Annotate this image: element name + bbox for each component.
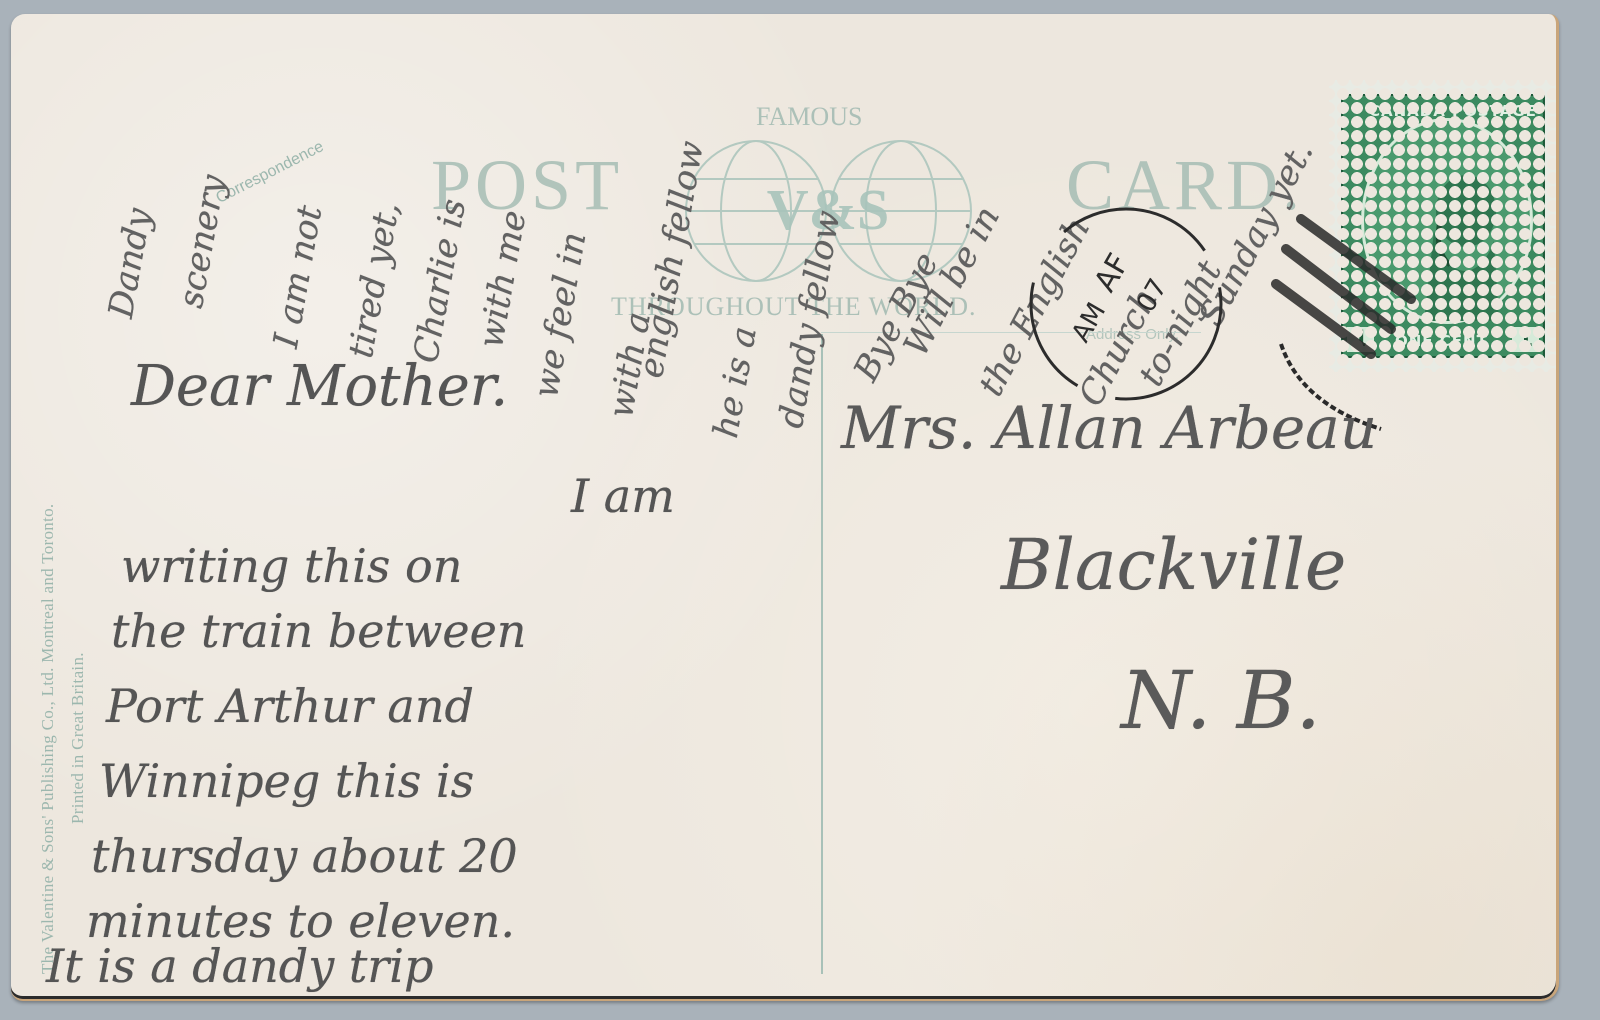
message-line: writing this on bbox=[121, 539, 462, 593]
postmark-year: 07 bbox=[1131, 274, 1174, 318]
recipient-province: N. B. bbox=[1121, 654, 1321, 747]
center-divider-line bbox=[821, 334, 823, 974]
side-note-line: Dandy bbox=[101, 205, 160, 321]
message-line: Port Arthur and bbox=[106, 679, 474, 733]
side-note-line: we feel in bbox=[526, 229, 594, 401]
message-line: thursday about 20 bbox=[91, 829, 518, 883]
postmark-letters: AF bbox=[1088, 248, 1137, 298]
recipient-town: Blackville bbox=[1001, 524, 1346, 606]
side-note-line: with me bbox=[471, 207, 534, 351]
postmark-icon: AF AM 07 bbox=[1011, 184, 1241, 414]
publisher-imprint: The Valentine & Sons' Publishing Co., Lt… bbox=[33, 504, 93, 974]
side-note-line: Charlie is bbox=[406, 196, 474, 366]
famous-label: FAMOUS bbox=[756, 102, 862, 132]
recipient-name: Mrs. Allan Arbeau bbox=[841, 394, 1377, 462]
stamp-value-right: 1 bbox=[1512, 327, 1539, 352]
message-line: I am bbox=[571, 469, 675, 523]
side-note-line: he is a bbox=[706, 323, 765, 440]
message-line: the train between bbox=[111, 604, 526, 658]
message-salutation: Dear Mother. bbox=[131, 354, 508, 419]
message-line: Winnipeg this is bbox=[99, 754, 474, 808]
publisher-line-1: The Valentine & Sons' Publishing Co., Lt… bbox=[33, 504, 63, 974]
postmark-time: AM bbox=[1066, 298, 1112, 348]
postcard-back: The Valentine & Sons' Publishing Co., Lt… bbox=[11, 14, 1559, 1001]
side-note-line: tired yet, bbox=[341, 199, 408, 361]
side-note-line: scenery bbox=[171, 172, 234, 311]
side-note-line: I am not bbox=[266, 203, 330, 351]
stamp-country: CANADA POSTAGE bbox=[1369, 102, 1537, 120]
message-line: It is a dandy trip bbox=[46, 939, 433, 993]
